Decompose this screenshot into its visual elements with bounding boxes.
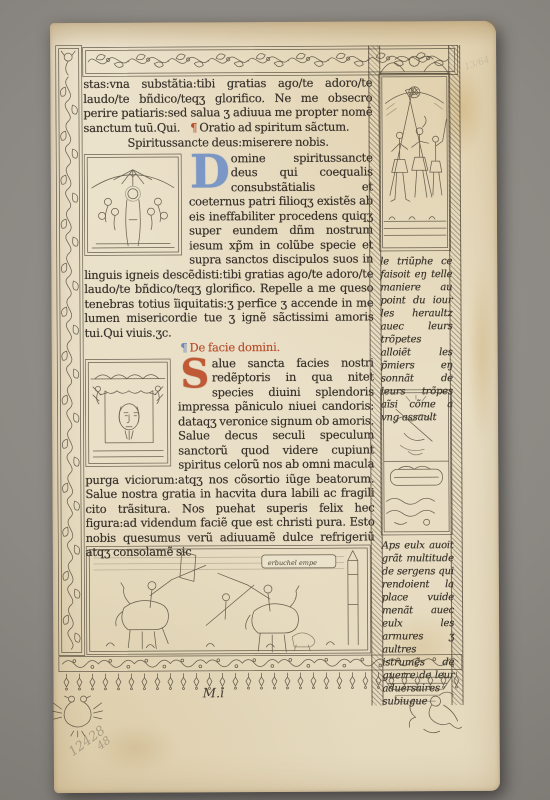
oratio-rubric: Oratio ad spiritum sãctum.: [199, 119, 349, 134]
salve-sancta-facies-prayer: S alue sancta facies nostri redẽptoris i…: [85, 355, 375, 560]
stain: [50, 21, 496, 47]
decorated-initial-d: D: [189, 151, 231, 193]
decorated-initial-s: S: [178, 356, 212, 396]
woodcut-banner-inscription: erbuchel empe: [268, 559, 317, 567]
facie-rubric: De facie domini.: [189, 340, 280, 354]
manuscript-leaf: stas:vna substãtia:tibi gratias ago/te a…: [50, 21, 500, 793]
facie-rubric-line: ¶De facie domini.: [85, 339, 374, 355]
left-border-woodcut: [55, 45, 85, 656]
pencil-corner-note: 13/64: [463, 55, 491, 73]
battle-scene-woodcut: erbuchel empe: [86, 545, 372, 655]
right-border-column: le triũphe ce faisoit eŋ telle maniere a…: [368, 45, 463, 705]
angel-and-tomb-woodcut: [380, 389, 453, 535]
canopy-cherub-woodcut: [378, 45, 450, 75]
versicle: Spiritussancte deus:miserere nobis.: [84, 134, 373, 150]
continuation-paragraph: stas:vna substãtia:tibi gratias ago/te a…: [83, 75, 372, 135]
cherub-grotesque-woodcut: [405, 689, 467, 737]
signature-mark: M.i: [181, 686, 245, 701]
latin-text-column: stas:vna substãtia:tibi gratias ago/te a…: [83, 75, 375, 560]
veronica-veil-miniature-woodcut: [85, 358, 172, 466]
stain: [467, 259, 496, 449]
pentecost-miniature-woodcut: [84, 153, 183, 256]
holy-spirit-prayer: D omine spiritussancte deus qui coequali…: [84, 150, 374, 340]
pilcrow-mark: ¶: [178, 340, 189, 354]
soldiers-woodcut: [378, 73, 451, 251]
pilcrow-mark: ¶: [180, 120, 199, 134]
bottom-border-woodcut: [58, 654, 462, 700]
